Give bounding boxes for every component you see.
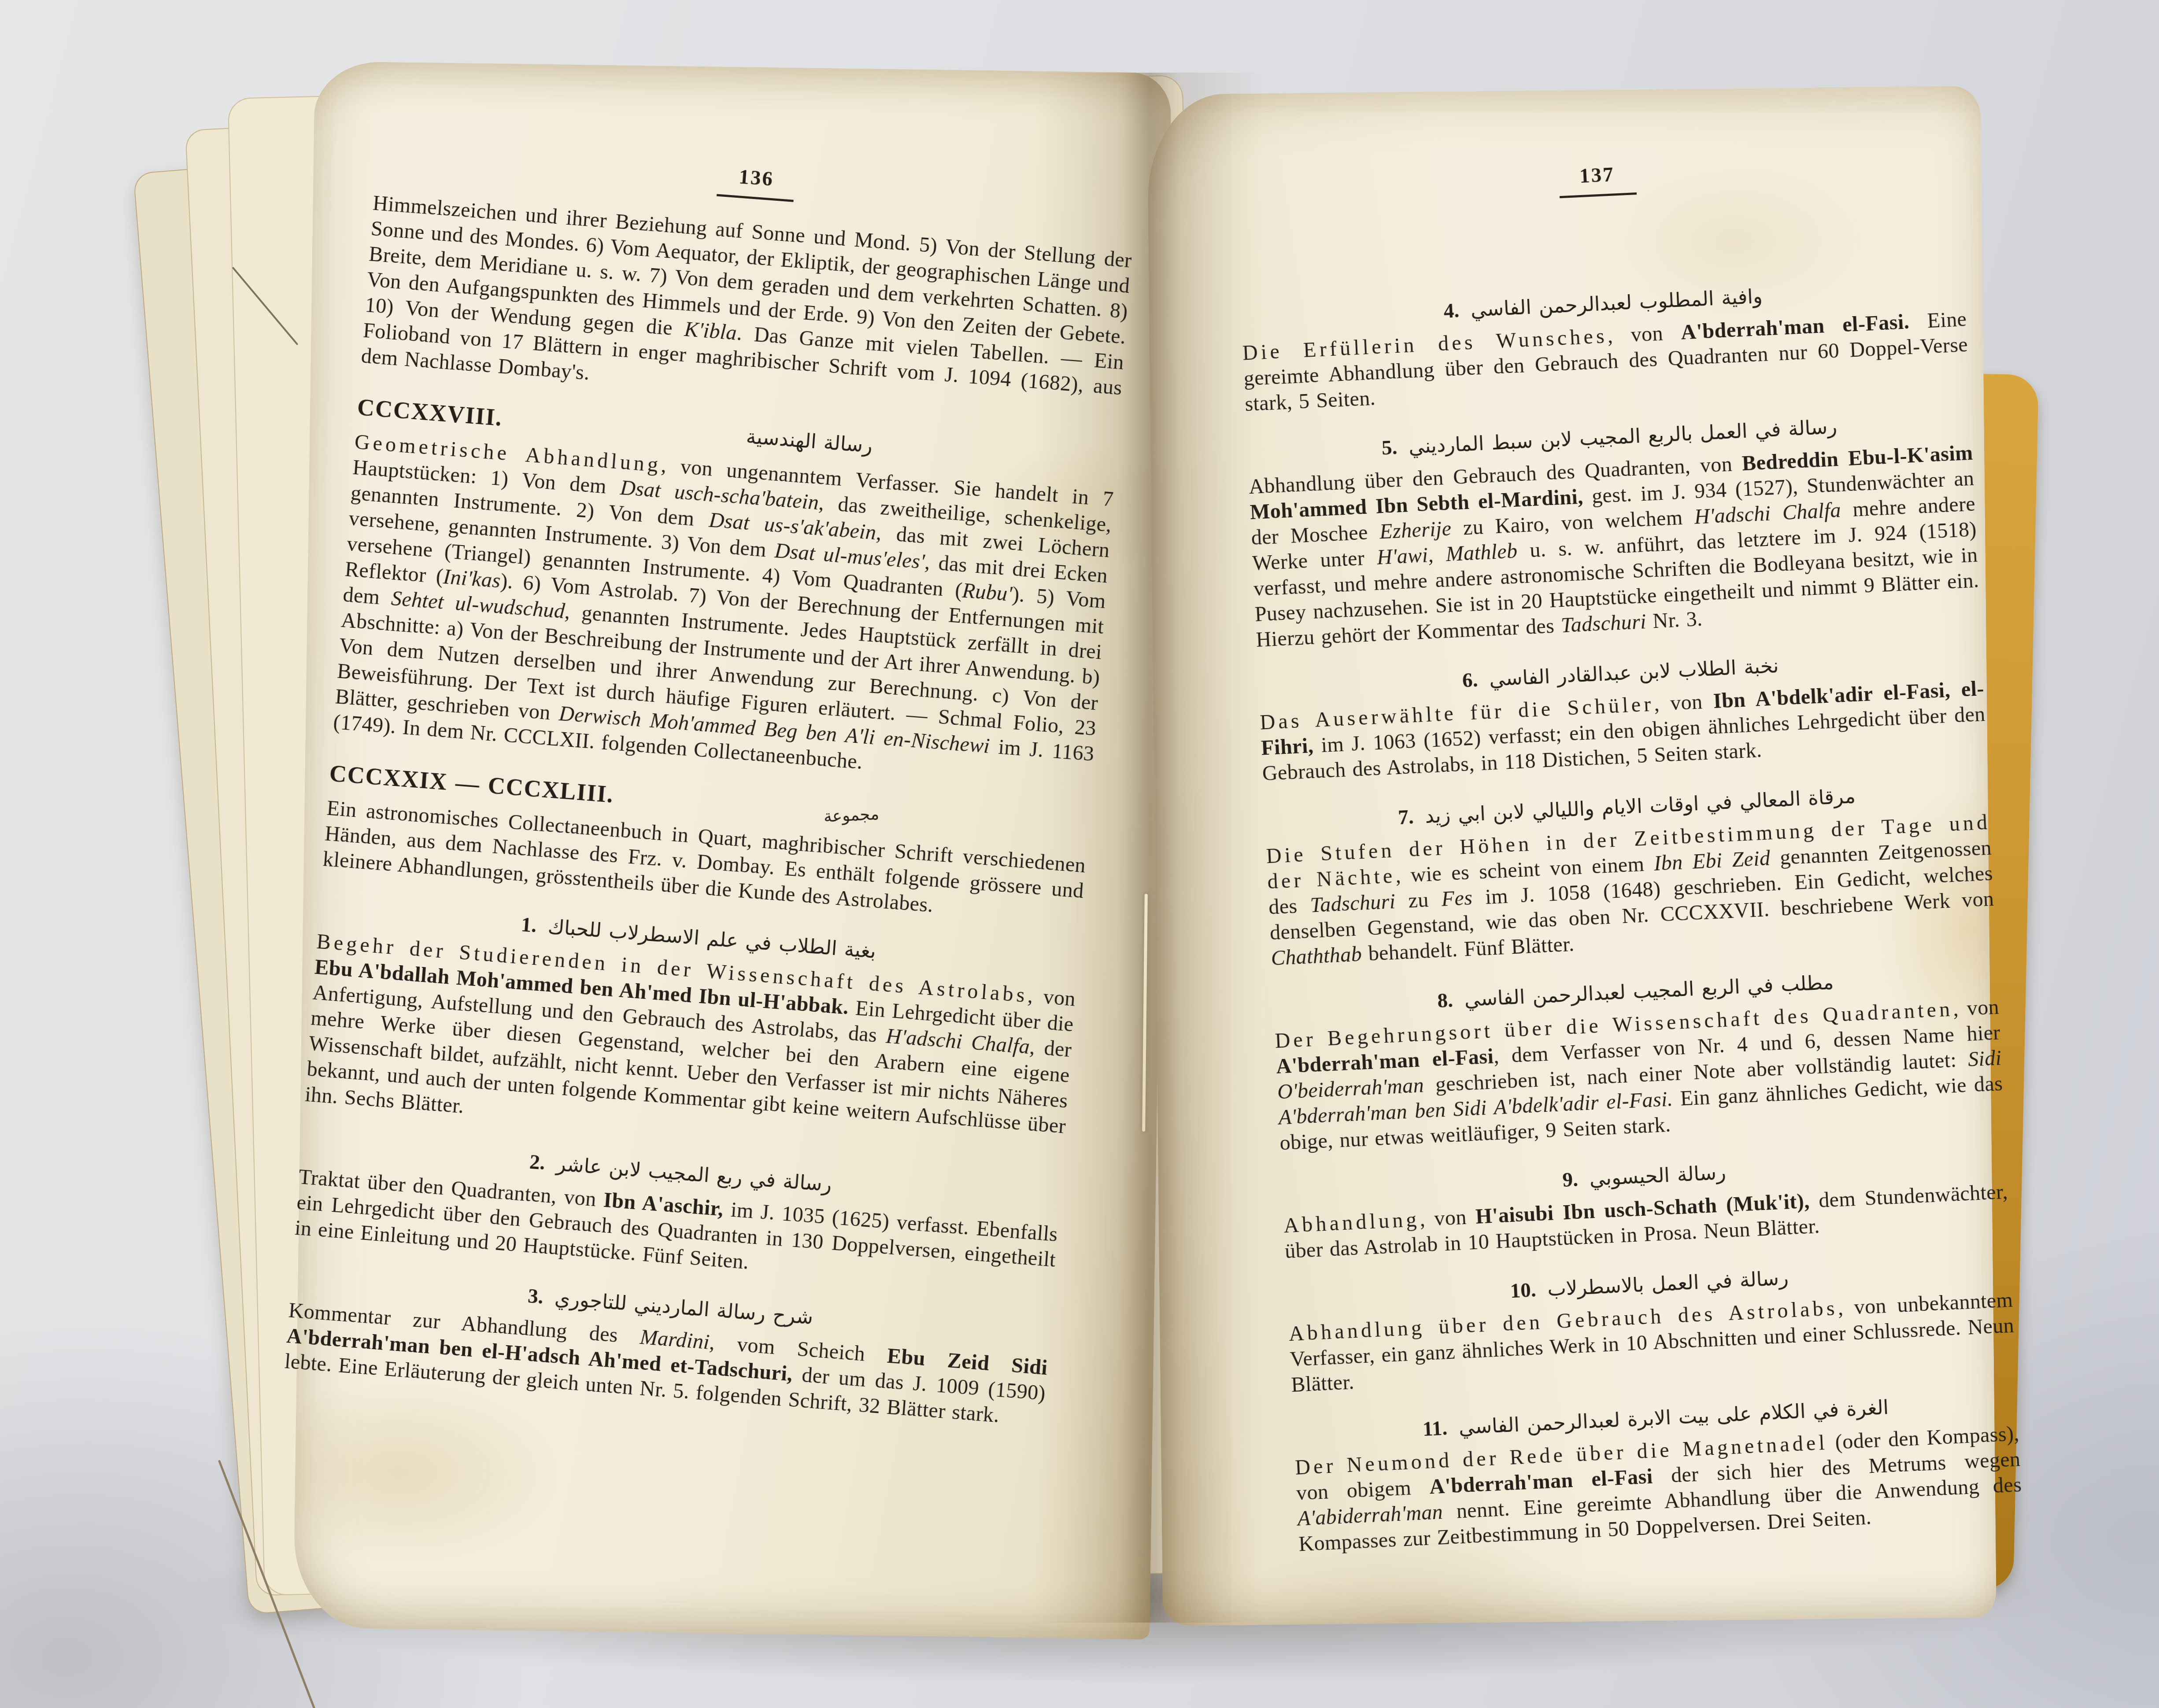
entry-number: 7. bbox=[1397, 805, 1414, 829]
entry-arabic-title: رسالة الحيسوبي bbox=[1589, 1161, 1726, 1191]
entry-number: 8. bbox=[1437, 989, 1453, 1013]
page-number-rule bbox=[1560, 192, 1637, 198]
entry-number: 3. bbox=[527, 1284, 544, 1309]
page-136-entries: Himmelszeichen und ihrer Beziehung auf S… bbox=[284, 190, 1133, 1431]
text-segment-italic: H'awi, Mathleb bbox=[1376, 539, 1518, 569]
catalog-paragraph: Himmelszeichen und ihrer Beziehung auf S… bbox=[360, 190, 1133, 426]
page-137-content: 137 4.وافية المطلوب لعبدالرحمن الفاسيDie… bbox=[1234, 141, 2023, 1560]
catalog-paragraph: Geometrische Abhandlung, von ungenanntem… bbox=[333, 429, 1115, 793]
text-segment-italic: Ibn Ebi Zeid bbox=[1653, 846, 1771, 875]
page-137-entries: 4.وافية المطلوب لعبدالرحمن الفاسيDie Erf… bbox=[1240, 274, 2023, 1557]
page-136-content: 136 Himmelszeichen und ihrer Beziehung a… bbox=[284, 114, 1139, 1435]
entry-number: 1. bbox=[520, 913, 537, 937]
text-segment-italic: Chaththab bbox=[1271, 942, 1363, 970]
entry-number: 9. bbox=[1562, 1168, 1579, 1192]
text-segment-italic: Rubu' bbox=[961, 579, 1013, 606]
text-segment-spaced: Abhandlung bbox=[1283, 1208, 1420, 1238]
section-arabic-title: مجموعة bbox=[613, 792, 1090, 839]
text-segment-italic: H'adschi Chalfa bbox=[1694, 498, 1841, 529]
catalog-paragraph: Der Begehrungsort über die Wissenschaft … bbox=[1274, 994, 2004, 1156]
entry-number: 11. bbox=[1422, 1417, 1448, 1441]
text-segment-italic: Tadschuri bbox=[1309, 890, 1396, 917]
entry-number: 2. bbox=[529, 1151, 546, 1175]
text-segment-italic: Tadschuri bbox=[1560, 610, 1647, 637]
text-segment-italic: A'abiderrah'man bbox=[1297, 1500, 1444, 1531]
entry-arabic-title: وافية المطلوب لعبدالرحمن الفاسي bbox=[1470, 284, 1763, 321]
text-segment-italic: Ezherije bbox=[1379, 517, 1452, 544]
text-segment-italic: Ini'kas bbox=[443, 565, 502, 593]
section-number: CCCXXVIII. bbox=[356, 394, 503, 431]
text-segment-italic: K'ibla bbox=[684, 317, 738, 345]
entry-number: 5. bbox=[1381, 436, 1398, 460]
text-segment-normal: zu bbox=[1395, 888, 1442, 913]
text-segment-normal: , von bbox=[1607, 321, 1681, 348]
text-segment-italic: O'beiderrah'man bbox=[1277, 1073, 1424, 1104]
text-segment-italic: Fes bbox=[1441, 886, 1473, 911]
catalog-paragraph: Die Stufen der Höhen in der Zeitbestimmu… bbox=[1266, 810, 1996, 971]
catalog-paragraph: Abhandlung über den Gebrauch des Quadran… bbox=[1248, 440, 1981, 653]
text-segment-normal: , von bbox=[1653, 690, 1714, 716]
text-segment-normal: Nr. 3. bbox=[1645, 607, 1703, 633]
text-segment-normal: , von bbox=[1027, 984, 1076, 1011]
entry-number: 10. bbox=[1510, 1279, 1537, 1303]
entry-number: 4. bbox=[1443, 299, 1460, 323]
entry-arabic-title: نخبة الطلاب لابن عبدالقادر الفاسي bbox=[1489, 654, 1779, 691]
text-segment-italic: Mardini bbox=[639, 1325, 710, 1354]
book-photo-scene: 136 Himmelszeichen und ihrer Beziehung a… bbox=[0, 0, 2159, 1708]
text-segment-normal: , von bbox=[1419, 1205, 1476, 1231]
entry-number: 6. bbox=[1462, 668, 1479, 692]
page-number-rule bbox=[716, 194, 793, 202]
entry-arabic-title: رسالة في العمل بالاسطرلاب bbox=[1547, 1266, 1789, 1301]
text-segment-normal: , von bbox=[1952, 995, 2000, 1021]
